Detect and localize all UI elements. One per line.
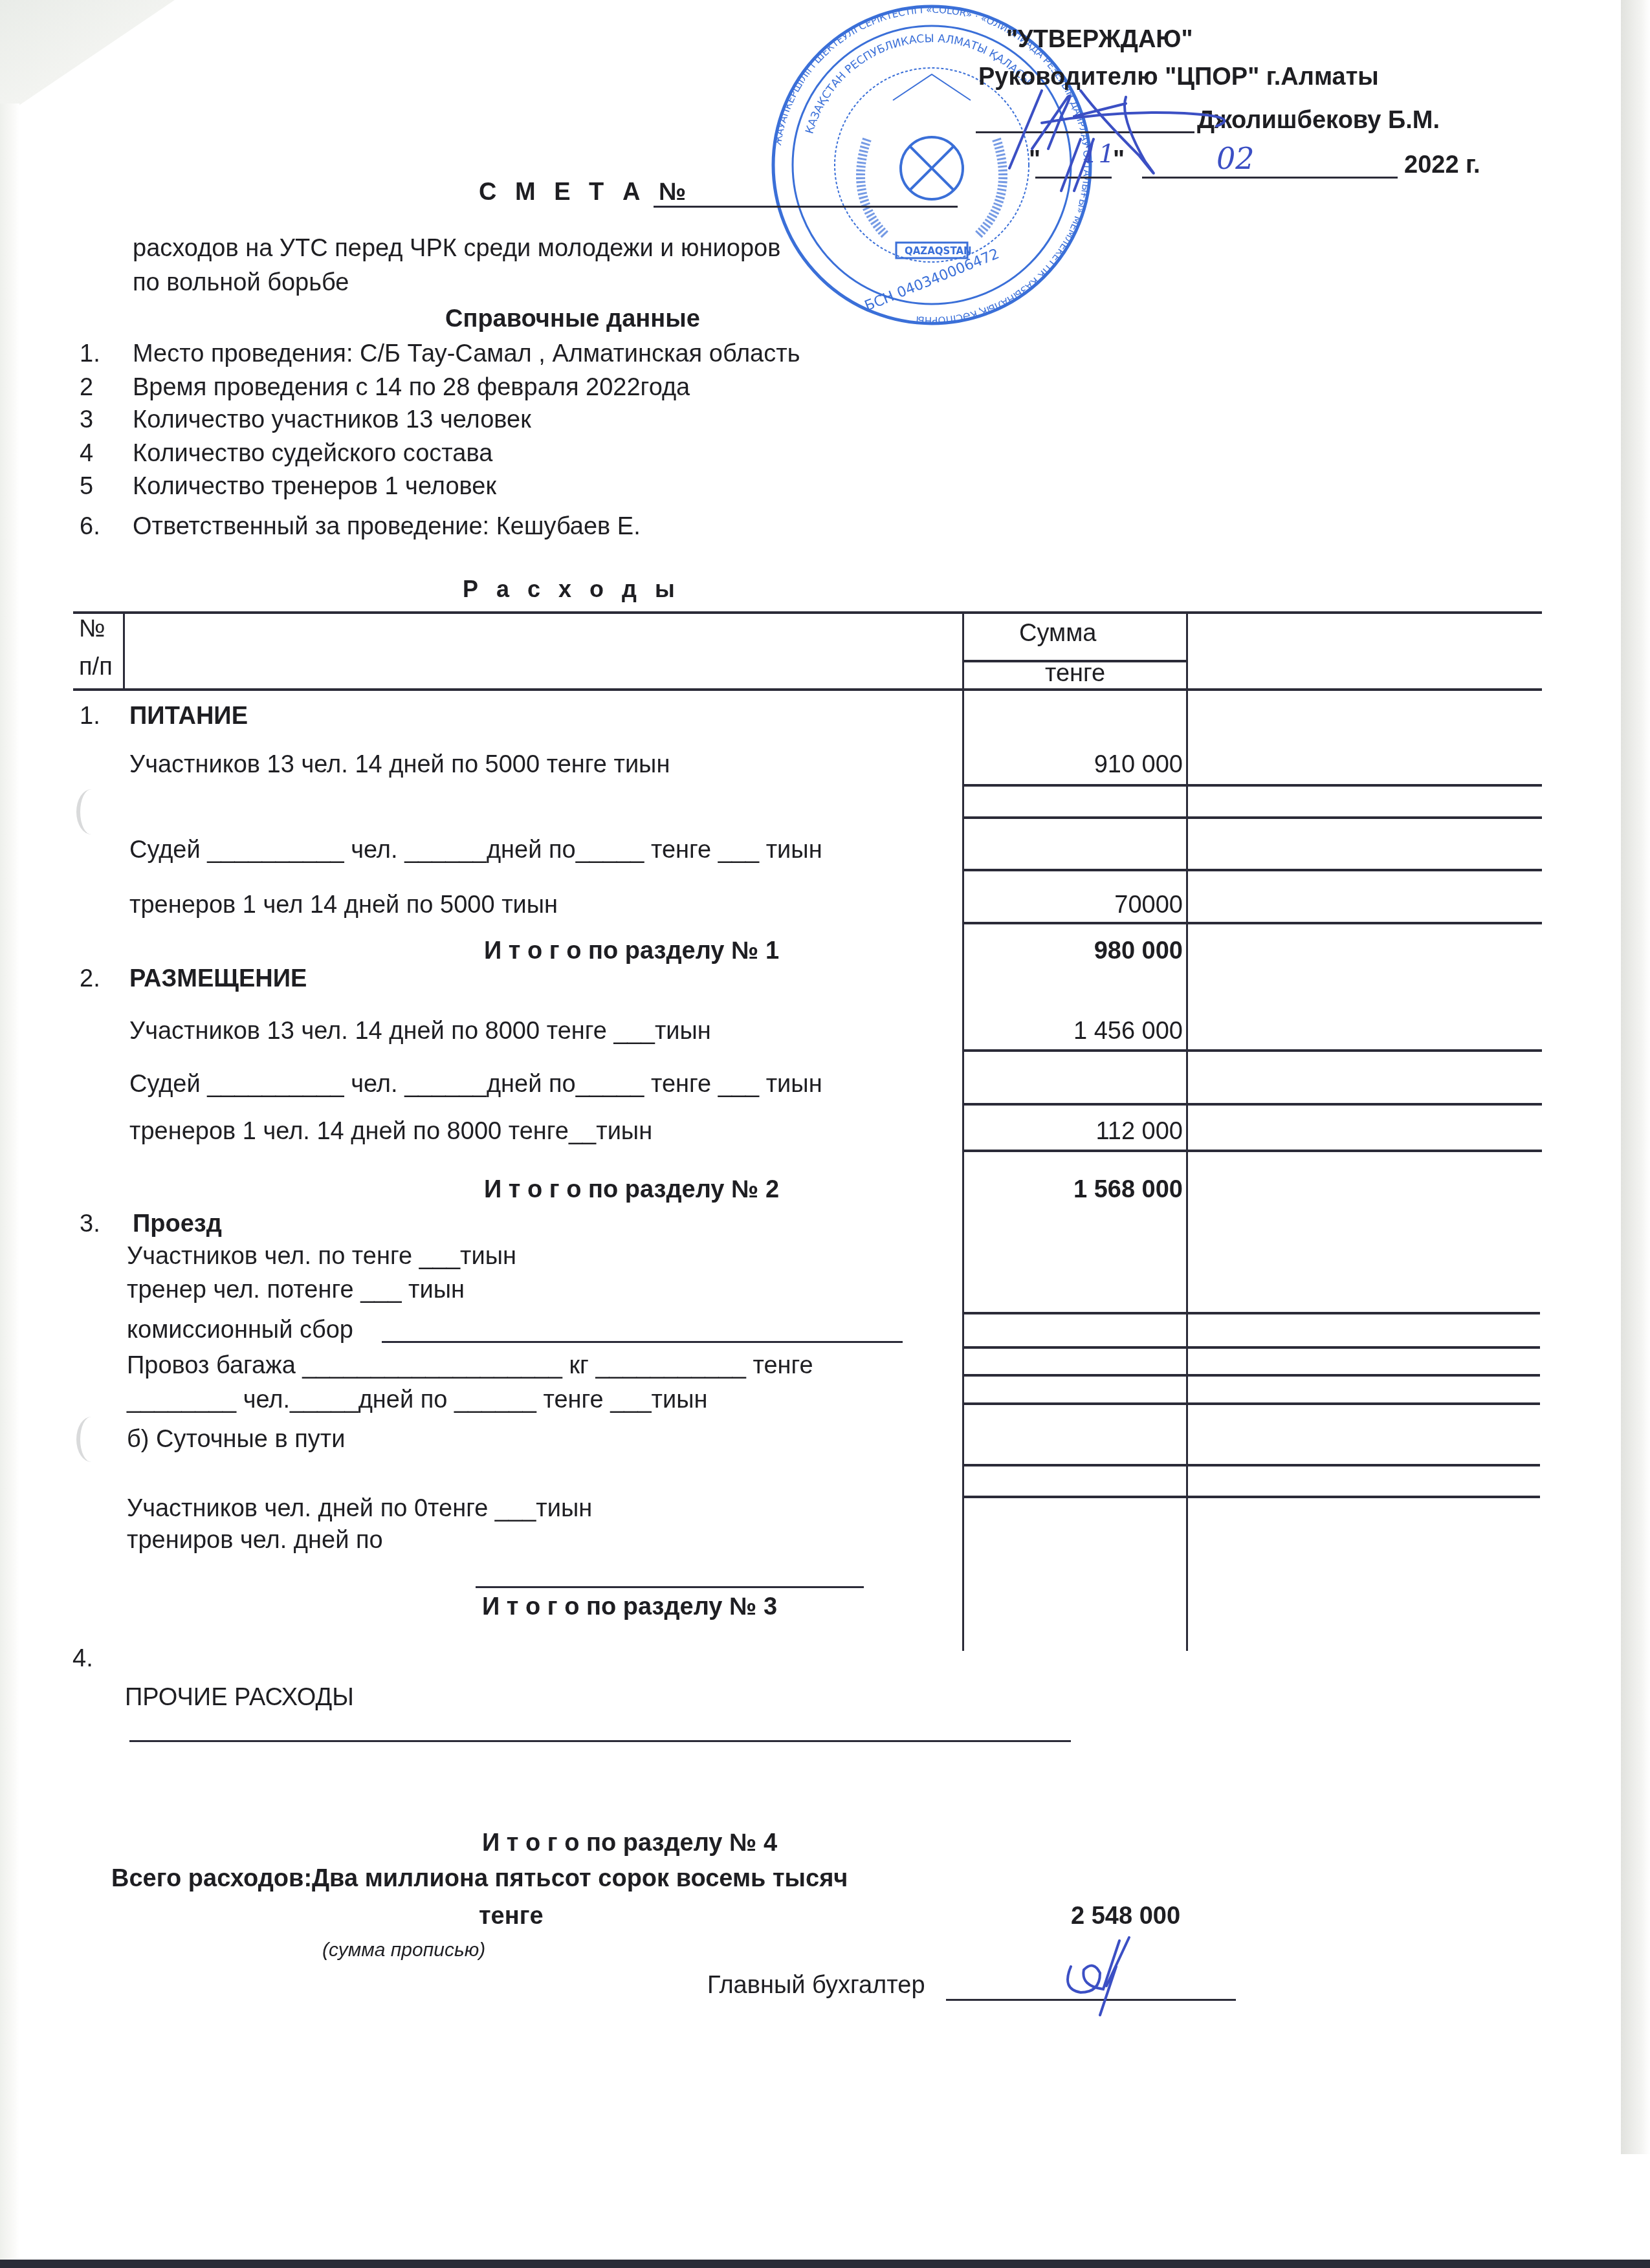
- amount-in-words-hint: (сумма прописью): [322, 1941, 485, 1960]
- chief-accountant-label: Главный бухгалтер: [707, 1973, 925, 1998]
- date-year: 2022 г.: [1404, 153, 1480, 177]
- reference-item-text: Место проведения: С/Б Тау-Самал , Алмати…: [133, 342, 800, 366]
- section-num: 3.: [80, 1212, 100, 1236]
- section-title: РАЗМЕЩЕНИЕ: [129, 966, 307, 991]
- expenses-heading: Р а с х о д ы: [463, 578, 681, 601]
- row-amount: 70000: [964, 893, 1183, 917]
- fill-line: [129, 1740, 1071, 1742]
- accountant-signature-icon: [1055, 1928, 1158, 2018]
- col-sum-header: Сумма: [1019, 621, 1096, 646]
- row-description: тренеров 1 чел 14 дней по 5000 тиын: [129, 893, 558, 917]
- scanner-bottom-edge: [0, 2260, 1650, 2268]
- col-sum-header-sub: тенге: [1045, 661, 1105, 686]
- table-rule: [962, 1496, 1540, 1498]
- row-description: тренер чел. потенге ___ тиын: [127, 1278, 465, 1302]
- section-total-label: И т о г о по разделу № 2: [484, 1177, 779, 1202]
- section-title: Проезд: [133, 1212, 222, 1236]
- reference-item-text: Количество тренеров 1 человек: [133, 474, 496, 499]
- approval-title: "УТВЕРЖДАЮ": [1006, 27, 1193, 52]
- row-description: комиссионный сбор: [127, 1318, 353, 1342]
- section-total-label: И т о г о по разделу № 1: [484, 939, 779, 963]
- director-signature-icon: [971, 78, 1275, 194]
- row-description: Судей __________ чел. ______дней по_____…: [129, 838, 822, 862]
- table-rule: [962, 1402, 1540, 1405]
- table-rule: [964, 922, 1542, 924]
- section-title: ПИТАНИЕ: [129, 704, 248, 728]
- estimate-title: С М Е Т А №: [479, 180, 692, 204]
- section-title: ПРОЧИЕ РАСХОДЫ: [125, 1685, 354, 1710]
- fill-line: [382, 1341, 903, 1343]
- row-description: трениров чел. дней по: [127, 1528, 383, 1553]
- row-description: Участников чел. по тенге ___тиын: [127, 1244, 516, 1269]
- reference-item-num: 6.: [80, 514, 100, 539]
- table-rule: [73, 611, 1542, 614]
- section-total-label: И т о г о по разделу № 3: [482, 1595, 777, 1619]
- row-amount: 1 456 000: [964, 1019, 1183, 1043]
- fill-line: [476, 1586, 864, 1588]
- section-num: 1.: [80, 704, 100, 728]
- table-rule: [964, 1150, 1542, 1152]
- estimate-subtitle-line2: по вольной борьбе: [133, 270, 349, 295]
- reference-item-num: 3: [80, 408, 93, 432]
- page-edge-left: [0, 104, 19, 2268]
- estimate-number-line: [654, 206, 958, 208]
- col-num-header: №: [79, 616, 105, 641]
- section-num: 4.: [72, 1646, 93, 1671]
- row-description: Провоз багажа ___________________ кг ___…: [127, 1353, 813, 1378]
- row-description: тренеров 1 чел. 14 дней по 8000 тенге__т…: [129, 1119, 652, 1144]
- reference-item-num: 5: [80, 474, 93, 499]
- table-rule: [73, 688, 1542, 691]
- reference-item-num: 1.: [80, 342, 100, 366]
- table-rule: [962, 1346, 1540, 1349]
- table-rule: [964, 1103, 1542, 1106]
- punch-hole-mark: [76, 1417, 106, 1462]
- row-description: б) Суточные в пути: [127, 1427, 345, 1452]
- row-amount: 112 000: [964, 1119, 1183, 1144]
- table-col-divider: [123, 613, 125, 689]
- row-amount: 910 000: [964, 752, 1183, 777]
- stamp-emblem-text: QAZAQSTAN: [905, 245, 972, 257]
- reference-item-text: Ответственный за проведение: Кешубаев Е.: [133, 514, 641, 539]
- table-rule: [964, 784, 1542, 787]
- table-rule: [964, 816, 1542, 819]
- estimate-subtitle-line1: расходов на УТС перед ЧРК среди молодежи…: [133, 236, 780, 261]
- row-description: Участников чел. дней по 0тенге ___тиын: [127, 1496, 592, 1521]
- row-description: Участников 13 чел. 14 дней по 5000 тенге…: [129, 752, 670, 777]
- table-rule: [962, 1374, 1540, 1377]
- grand-total-currency: тенге: [479, 1904, 544, 1928]
- table-rule: [962, 1312, 1540, 1314]
- row-description: Участников 13 чел. 14 дней по 8000 тенге…: [129, 1019, 711, 1043]
- section-num: 2.: [80, 966, 100, 991]
- reference-item-text: Количество судейского состава: [133, 441, 492, 466]
- section-total: 1 568 000: [964, 1177, 1183, 1202]
- grand-total-words: Всего расходов:Два миллиона пятьсот соро…: [111, 1866, 848, 1891]
- table-rule: [962, 1464, 1540, 1467]
- reference-item-num: 2: [80, 375, 93, 400]
- page-edge-right: [1621, 0, 1650, 2154]
- col-num-header-sub: п/п: [79, 655, 113, 679]
- table-rule: [964, 869, 1542, 871]
- section-total-label: И т о г о по разделу № 4: [482, 1831, 777, 1855]
- folded-page-corner: [0, 0, 175, 110]
- table-rule: [964, 1049, 1542, 1052]
- punch-hole-mark: [76, 789, 106, 834]
- section-total: 980 000: [964, 939, 1183, 963]
- reference-item-num: 4: [80, 441, 93, 466]
- reference-heading: Справочные данные: [445, 307, 700, 331]
- grand-total-amount: 2 548 000: [1071, 1904, 1180, 1928]
- reference-item-text: Время проведения с 14 по 28 февраля 2022…: [133, 375, 690, 400]
- row-description: Судей __________ чел. ______дней по_____…: [129, 1072, 822, 1096]
- reference-item-text: Количество участников 13 человек: [133, 408, 531, 432]
- row-description: ________ чел._____дней по ______ тенге _…: [127, 1388, 708, 1412]
